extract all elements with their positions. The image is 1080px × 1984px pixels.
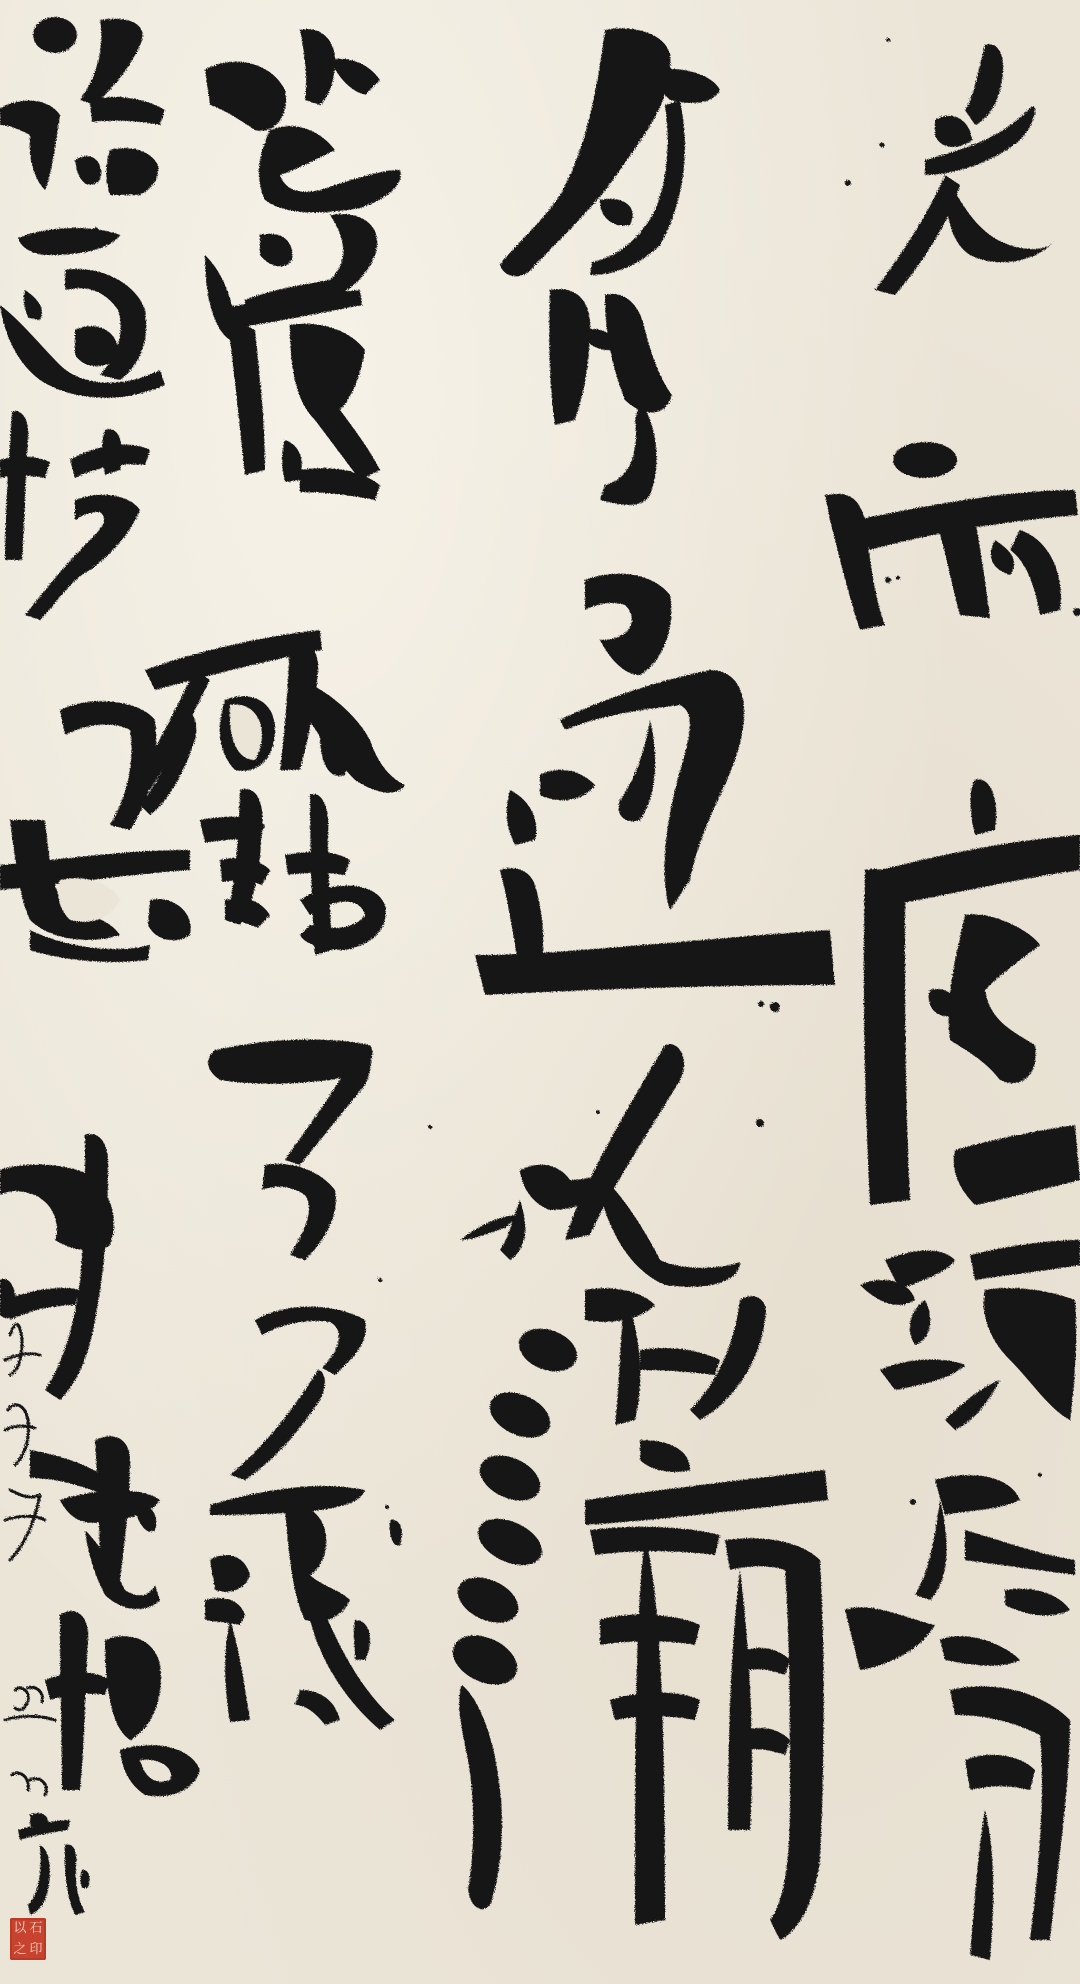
char-liao bbox=[208, 1040, 373, 1260]
char-xie bbox=[200, 789, 386, 955]
char-zhao bbox=[590, 1527, 824, 1940]
char-yu bbox=[825, 442, 1078, 630]
char-chang bbox=[845, 1607, 1070, 1960]
char-fan bbox=[460, 1044, 740, 1287]
signature bbox=[5, 1324, 55, 1795]
char-guo bbox=[0, 228, 165, 398]
char-huan bbox=[475, 574, 835, 995]
char-ye bbox=[875, 44, 1055, 295]
char-yu2 bbox=[0, 17, 165, 195]
inscription-bottom bbox=[18, 1813, 90, 1915]
seal-char: 石 bbox=[28, 1919, 44, 1938]
char-chi bbox=[915, 1475, 1075, 1615]
char-shang bbox=[585, 1440, 828, 1525]
char-jiao bbox=[205, 214, 380, 500]
seal-char: 之 bbox=[12, 1940, 28, 1959]
char-shi bbox=[549, 289, 672, 505]
char-zhi bbox=[0, 411, 150, 620]
char-ku bbox=[30, 1436, 200, 1796]
char-he bbox=[500, 28, 720, 276]
char-ci bbox=[585, 1288, 766, 1425]
calligraphy-scroll: 以 石 之 印 夜 雨 廬 須 尺 常 何 時 還 凡 此 上 朝 ミミミミ 芭… bbox=[0, 0, 1080, 1984]
seal-char: 以 bbox=[12, 1919, 28, 1938]
ink-splatter bbox=[94, 38, 1080, 1509]
char-xu bbox=[860, 1240, 1080, 1430]
char-shi2 bbox=[205, 1506, 402, 1730]
char-ba bbox=[205, 29, 401, 212]
ink-strokes bbox=[0, 0, 1080, 1984]
char-nian bbox=[0, 1134, 114, 1400]
seal-char: 印 bbox=[28, 1940, 44, 1959]
red-seal-stamp: 以 石 之 印 bbox=[10, 1918, 46, 1960]
char-ren bbox=[210, 1307, 366, 1515]
char-lu bbox=[864, 779, 1080, 1205]
repeat-marks bbox=[445, 1321, 583, 1909]
